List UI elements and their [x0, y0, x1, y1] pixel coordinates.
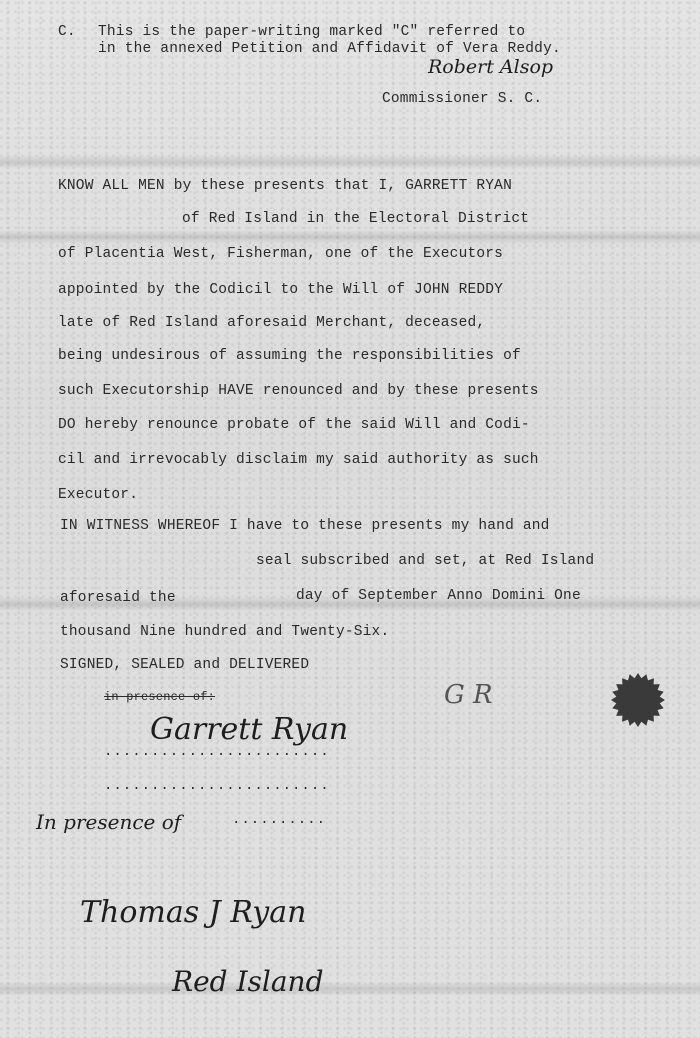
witness-signature: Thomas J Ryan [80, 895, 306, 930]
document-page: C. This is the paper-writing marked "C" … [0, 0, 700, 1038]
body-line: of Red Island in the Electoral District [182, 211, 529, 227]
signer-signature: Garrett Ryan [150, 712, 348, 747]
exhibit-line-2: in the annexed Petition and Affidavit of… [98, 41, 561, 57]
witness-line-dots: .......... [232, 812, 326, 828]
in-presence-of-handwritten: In presence of [36, 810, 181, 834]
witness-line: seal subscribed and set, at Red Island [256, 553, 594, 569]
witness-line: SIGNED, SEALED and DELIVERED [60, 657, 309, 673]
body-line: Executor. [58, 487, 138, 503]
body-line: DO hereby renounce probate of the said W… [58, 417, 530, 433]
body-line: KNOW ALL MEN by these presents that I, G… [58, 178, 512, 194]
witness-line: IN WITNESS WHEREOF I have to these prese… [60, 518, 550, 534]
body-line: cil and irrevocably disclaim my said aut… [58, 452, 539, 468]
commissioner-title: Commissioner S. C. [382, 91, 542, 107]
paper-fold [0, 982, 700, 996]
paper-fold [0, 230, 700, 244]
initials: G R [444, 680, 493, 710]
commissioner-signature: Robert Alsop [428, 56, 553, 78]
body-line: appointed by the Codicil to the Will of … [58, 282, 503, 298]
signature-line: ........................ [104, 778, 330, 794]
struck-in-presence-of: in presence of: [104, 690, 215, 704]
witness-line: thousand Nine hundred and Twenty-Six. [60, 624, 389, 640]
exhibit-line-1: This is the paper-writing marked "C" ref… [98, 24, 525, 40]
body-line: being undesirous of assuming the respons… [58, 348, 521, 364]
seal-icon [610, 672, 666, 728]
body-line: of Placentia West, Fisherman, one of the… [58, 246, 503, 262]
signature-line: ........................ [104, 744, 330, 760]
body-line: such Executorship HAVE renounced and by … [58, 383, 539, 399]
paper-fold [0, 155, 700, 169]
body-line: late of Red Island aforesaid Merchant, d… [58, 315, 485, 331]
witness-line: aforesaid the [60, 590, 176, 606]
witness-location: Red Island [172, 965, 324, 998]
exhibit-marker: C. [58, 24, 76, 40]
witness-line: day of September Anno Domini One [296, 588, 581, 604]
